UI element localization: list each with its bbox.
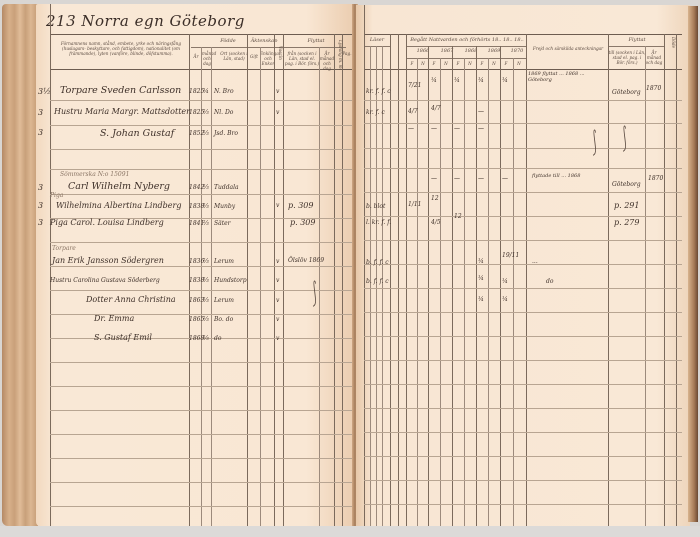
column-rule [406, 34, 407, 529]
entry-marker: 3 [38, 108, 43, 117]
communion-mark: — [431, 125, 437, 132]
entry-moved: p. 309 [288, 201, 313, 210]
communion-mark: 4/5 [431, 219, 441, 226]
entry-mark: v [276, 335, 279, 342]
header-n: N [514, 61, 524, 66]
column-rule [247, 34, 248, 526]
row-rule [50, 410, 354, 411]
communion-mark: — [431, 175, 437, 182]
entry-place: Bo. do [214, 316, 233, 323]
communion-mark: 19/11 [502, 252, 519, 259]
entry-marker: 3 [38, 183, 43, 192]
entry-name: S. Johan Gustaf [100, 128, 174, 139]
communion-mark: ¼ [478, 296, 484, 303]
row-rule [50, 506, 354, 507]
entry-place: do [214, 335, 221, 342]
row-rule [50, 386, 354, 387]
header-moved-from: från (socken i Län, stad el. pag. i Bör.… [284, 51, 320, 66]
row-rule [364, 288, 682, 289]
scan-background [0, 526, 700, 537]
note-text: 1869 flyttat ... 1868 ... Göteborg [528, 71, 606, 83]
column-rule [513, 58, 514, 529]
header-marriage: Äktenskap [248, 39, 280, 44]
entry-place: Lerum [214, 297, 234, 304]
entry-year: 1863 [189, 297, 204, 304]
entry-year: 1836 [189, 258, 204, 265]
header-mid-rule [191, 47, 346, 48]
moved-to: Göteborg [612, 89, 641, 96]
header-notes: Frejd och särskilda anteckningar [532, 46, 604, 51]
entry-date: ⅔ [203, 220, 209, 227]
column-rule [201, 47, 202, 526]
row-rule [364, 360, 682, 361]
header-moved-to: till (socken i Län, stad el. pag. i Bör.… [608, 50, 646, 65]
note-text: ... [532, 258, 538, 265]
page-edges-left [2, 4, 38, 526]
entry-year: 1842 [189, 184, 204, 191]
entry-name: Hustru Carolina Gustava Söderberg [50, 277, 160, 284]
communion-mark: — [454, 125, 460, 132]
header-year-1869: 1869 [483, 49, 505, 54]
communion-mark: — [502, 175, 508, 182]
communion-mark: ¼ [502, 77, 508, 84]
column-rule [526, 34, 527, 529]
row-rule [364, 100, 682, 101]
communion-mark: — [478, 108, 484, 115]
entry-name: Dr. Emma [94, 314, 134, 323]
page-title: 213 Norra egn Göteborg [46, 12, 245, 30]
knowledge-mark: kr. f. c [366, 109, 385, 116]
row-rule [364, 336, 682, 337]
entry-year: 1865 [189, 316, 204, 323]
page-edges-right [688, 6, 698, 522]
entry-date: ¼ [203, 88, 209, 95]
row-rule [50, 434, 354, 435]
header-n: N [441, 61, 451, 66]
entry-place: Munby [214, 203, 235, 210]
entry-moved: p. 309 [290, 218, 315, 227]
entry-date: ⅔ [203, 277, 209, 284]
communion-mark: 12 [431, 195, 439, 202]
entry-year: 1852 [189, 130, 204, 137]
communion-mark: 4/7 [431, 105, 441, 112]
entry-name: Dotter Anna Christina [86, 295, 176, 304]
header-year-1867: 1867 [436, 49, 458, 54]
header-moved-out-year: År månad och dag [645, 50, 663, 65]
right-page: Läser Begått Nattvarden och förhörts 18.… [356, 5, 690, 529]
column-rule [319, 47, 320, 526]
column-rule [464, 58, 465, 529]
header-f: F [477, 61, 487, 66]
ledger-book: 213 Norra egn Göteborg Förnamnens namn, … [0, 0, 700, 537]
knowledge-mark: l. kr. f. f. [366, 219, 391, 226]
header-n: N [418, 61, 428, 66]
header-mid-rule [364, 46, 390, 47]
entry-year: 1868 [189, 335, 204, 342]
row-rule [364, 216, 682, 217]
header-vaccin: Vaccin [275, 46, 283, 60]
header-moved-out: Flyttat [612, 38, 662, 43]
header-n: N [465, 61, 475, 66]
entry-mark: v [276, 277, 279, 284]
row-rule [364, 432, 682, 433]
moved-to: p. 279 [614, 218, 639, 227]
column-rule [417, 58, 418, 529]
entry-name: Carl Wilhelm Nyberg [68, 181, 170, 192]
column-rule [211, 47, 212, 526]
entry-place: Säter [214, 220, 231, 227]
left-page: 213 Norra egn Göteborg Förnamnens namn, … [36, 4, 354, 526]
communion-mark: ¼ [478, 275, 484, 282]
entry-name: Jan Erik Jansson Södergren [52, 256, 164, 265]
row-rule [364, 408, 682, 409]
communion-mark: ¼ [502, 296, 508, 303]
entry-date: ⅔ [203, 130, 209, 137]
communion-mark: ¼ [478, 77, 484, 84]
communion-mark: 4/7 [408, 108, 418, 115]
entry-mark: v [276, 297, 279, 304]
communion-mark: — [454, 175, 460, 182]
communion-mark: ¼ [431, 77, 437, 84]
header-deaths: Döde [666, 37, 676, 48]
communion-mark: ¼ [454, 77, 460, 84]
entry-date: ⅔ [203, 203, 209, 210]
group-label: Sömmerska N:o 15091 [60, 171, 129, 178]
entry-mark: v [276, 258, 279, 265]
entry-place: Tuddala [214, 184, 239, 191]
column-rule [260, 47, 261, 526]
entry-year: 1841 [189, 220, 204, 227]
header-moved-year: År månad och dag [319, 51, 335, 71]
header-bottom-rule [364, 69, 682, 70]
row-rule [364, 312, 682, 313]
column-rule [334, 34, 335, 526]
row-rule [50, 100, 354, 101]
header-top-rule [50, 34, 354, 35]
row-rule [364, 384, 682, 385]
entry-year: 1838 [189, 277, 204, 284]
knowledge-mark: b. f. f. c [366, 278, 389, 285]
entry-name: Hustru Maria Margr. Mattsdotter [54, 107, 190, 116]
entry-mark: v [276, 88, 279, 95]
row-rule [364, 456, 682, 457]
column-rule [664, 34, 665, 529]
column-rule [398, 34, 399, 529]
row-rule [50, 149, 354, 150]
entry-marker: 3 [38, 128, 43, 137]
column-rule [50, 4, 51, 526]
entry-name: S. Gustaf Emil [94, 333, 152, 342]
header-mid-rule [406, 58, 526, 59]
entry-mark: v [276, 202, 279, 209]
header-mid-rule [608, 46, 664, 47]
column-rule [676, 34, 677, 529]
header-f: F [453, 61, 463, 66]
entry-place: Hundstorp [214, 277, 247, 284]
communion-mark: — [478, 175, 484, 182]
column-rule [364, 5, 365, 529]
entry-place: Jsd. Bro [214, 130, 238, 137]
entry-marker: 3½ [38, 87, 51, 96]
entry-date: ⅔ [203, 335, 209, 342]
row-rule [50, 242, 354, 243]
entry-name: Wilhelmina Albertina Lindberg [56, 201, 181, 210]
knowledge-mark: kr. f. f. c [366, 88, 391, 95]
knowledge-mark: b. blot [366, 203, 385, 210]
header-mid-rule [406, 46, 526, 47]
column-rule [390, 34, 391, 529]
entry-year: 1825 [189, 88, 204, 95]
row-rule [50, 458, 354, 459]
row-rule [364, 264, 682, 265]
entry-mark: v [276, 316, 279, 323]
family-brace-mark: ⟆ [623, 121, 627, 191]
header-knowledge: Läser [366, 38, 388, 43]
entry-place: Lerum [214, 258, 234, 265]
header-year-1870: 1870 [506, 49, 528, 54]
communion-mark: 1/11 [408, 201, 421, 208]
row-rule [50, 266, 354, 267]
knowledge-mark: b. f. f. c [366, 259, 389, 266]
header-communion: Begått Nattvarden och förhörts 18.. 18..… [408, 38, 526, 43]
entry-place: N. Bro [214, 88, 234, 95]
entry-place: Nl. Do [214, 109, 233, 116]
row-rule [364, 192, 682, 193]
row-rule [364, 168, 682, 169]
communion-mark: 12 [454, 213, 462, 220]
header-top-rule [364, 34, 682, 35]
family-brace-mark: ⟆ [313, 276, 317, 346]
column-rule [342, 34, 343, 526]
header-names: Förnamnens namn, stånd, embete, yrke och… [56, 41, 186, 56]
row-rule [50, 482, 354, 483]
header-year-1866: 1866 [412, 49, 434, 54]
header-f: F [501, 61, 511, 66]
entry-prefix: Piga [50, 192, 63, 199]
communion-mark: 7/21 [408, 82, 421, 89]
entry-date: ⅔ [203, 109, 209, 116]
entry-name: Piga Carol. Louisa Lindberg [50, 218, 164, 227]
row-rule [50, 362, 354, 363]
column-rule [440, 58, 441, 529]
entry-mark: v [276, 109, 279, 116]
entry-date: ⅔ [203, 297, 209, 304]
entry-date: ⅔ [203, 316, 209, 323]
moved-to: p. 291 [614, 201, 639, 210]
header-f: F [407, 61, 417, 66]
row-rule [364, 240, 682, 241]
row-rule [50, 169, 354, 170]
row-rule [364, 480, 682, 481]
entry-moved: Ölslöv 1869 [288, 257, 324, 264]
note-text: flyttade till ... 1868 [532, 173, 580, 179]
entry-date: ⅔ [203, 258, 209, 265]
communion-mark: — [478, 125, 484, 132]
entry-year: 1825 [189, 109, 204, 116]
column-rule [608, 34, 609, 529]
entry-year: 1838 [189, 203, 204, 210]
row-rule [364, 504, 682, 505]
header-year-1868: 1868 [460, 49, 482, 54]
header-f: F [429, 61, 439, 66]
moved-year: 1870 [646, 85, 661, 92]
entry-name: Torpare Sveden Carlsson [60, 85, 181, 96]
communion-mark: — [408, 125, 414, 132]
entry-marker: 3 [38, 218, 43, 227]
column-rule [488, 58, 489, 529]
row-rule [364, 123, 682, 124]
row-rule [364, 148, 682, 149]
entry-marker: 3 [38, 201, 43, 210]
row-rule [50, 125, 354, 126]
header-bottom-rule [50, 69, 354, 70]
header-n: N [489, 61, 499, 66]
row-rule [50, 290, 354, 291]
communion-mark: ¼ [502, 278, 508, 285]
note-text: do [546, 278, 553, 285]
header-married: Gift [247, 54, 261, 59]
column-rule [274, 34, 275, 526]
moved-year: 1870 [648, 175, 663, 182]
communion-mark: ¼ [478, 258, 484, 265]
entry-date: ⅔ [203, 184, 209, 191]
header-page-ref: Pag. [342, 51, 352, 56]
column-rule [283, 34, 284, 526]
row-rule [50, 194, 354, 195]
group-label: Torpare [52, 245, 76, 252]
family-brace-mark: ⟆ [593, 125, 597, 195]
